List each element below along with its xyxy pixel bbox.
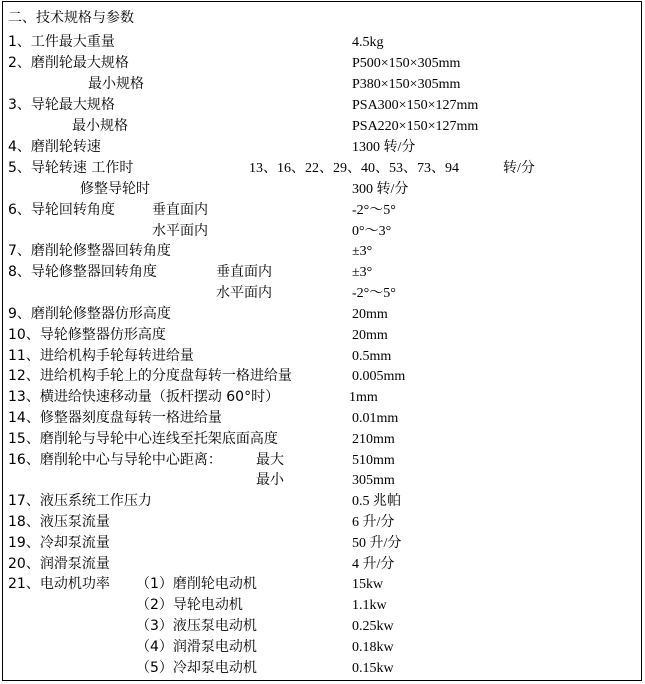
spec-row: 18、液压泵流量6 升/分 xyxy=(8,512,638,533)
spec-sublabel: 13、16、22、29、40、53、73、94 xyxy=(249,158,459,179)
spec-row: （5）冷却泵电动机0.15kw xyxy=(8,658,638,679)
spec-value: 510mm xyxy=(352,450,395,471)
spec-row: 4、磨削轮转速1300 转/分 xyxy=(8,137,638,158)
spec-value: PSA300×150×127mm xyxy=(352,95,478,116)
spec-row: 2、磨削轮最大规格P500×150×305mm xyxy=(8,53,638,74)
spec-row: 11、进给机构手轮每转进给量0.5mm xyxy=(8,346,638,367)
spec-value: 0.5 兆帕 xyxy=(352,491,401,512)
spec-value: 15kw xyxy=(352,574,383,595)
section-title-text: 二、技术规格与参数 xyxy=(8,8,134,29)
spec-value: P380×150×305mm xyxy=(352,74,460,95)
spec-sublabel: 水平面内 xyxy=(152,221,208,242)
spec-value: 300 转/分 xyxy=(352,179,408,200)
spec-sublabel: 最小规格 xyxy=(72,116,128,137)
spec-row: 3、导轮最大规格PSA300×150×127mm xyxy=(8,95,638,116)
spec-row: 7、磨削轮修整器回转角度±3° xyxy=(8,241,638,262)
spec-label: 8、导轮修整器回转角度 xyxy=(8,262,157,283)
spec-value: -2°～5° xyxy=(352,283,396,304)
spec-value: 4 升/分 xyxy=(352,554,394,575)
spec-value: 1mm xyxy=(349,387,378,408)
spec-row: 10、导轮修整器仿形高度20mm xyxy=(8,325,638,346)
spec-row: 9、磨削轮修整器仿形高度20mm xyxy=(8,304,638,325)
spec-row: 21、电动机功率（1）磨削轮电动机15kw xyxy=(8,574,638,595)
spec-row: （4）润滑泵电动机0.18kw xyxy=(8,637,638,658)
spec-row: 1、工件最大重量4.5kg xyxy=(8,32,638,53)
spec-row: 13、横进给快速移动量（扳杆摆动 60°时）1mm xyxy=(8,387,638,408)
spec-sublabel: 水平面内 xyxy=(216,283,272,304)
spec-label: 4、磨削轮转速 xyxy=(8,137,101,158)
spec-row: 6、导轮回转角度垂直面内-2°～5° xyxy=(8,200,638,221)
spec-sublabel: 最小 xyxy=(256,470,284,491)
spec-label: 14、修整器刻度盘每转一格进给量 xyxy=(8,408,222,429)
spec-row: 16、磨削轮中心与导轮中心距离：最大510mm xyxy=(8,450,638,471)
spec-row: 17、液压系统工作压力0.5 兆帕 xyxy=(8,491,638,512)
spec-sublabel: （3）液压泵电动机 xyxy=(136,616,257,637)
spec-value: 305mm xyxy=(352,470,395,491)
spec-label: 19、冷却泵流量 xyxy=(8,533,110,554)
spec-label: 21、电动机功率 xyxy=(8,574,110,595)
spec-label: 15、磨削轮与导轮中心连线至托架底面高度 xyxy=(8,429,278,450)
spec-value: 20mm xyxy=(352,325,388,346)
spec-value: -2°～5° xyxy=(352,200,396,221)
spec-label: 5、导轮转速 工作时 xyxy=(8,158,133,179)
spec-sublabel: （5）冷却泵电动机 xyxy=(136,658,257,679)
spec-value: 0.5mm xyxy=(352,346,391,367)
spec-row: 5、导轮转速 工作时13、16、22、29、40、53、73、94转/分 xyxy=(8,158,638,179)
spec-value: 0.01mm xyxy=(352,408,398,429)
spec-sublabel: 垂直面内 xyxy=(152,200,208,221)
spec-value: 0.005mm xyxy=(352,366,405,387)
spec-value: 0°～3° xyxy=(352,221,391,242)
spec-sublabel: 最小规格 xyxy=(88,74,144,95)
spec-value: PSA220×150×127mm xyxy=(352,116,478,137)
spec-value: 转/分 xyxy=(503,158,535,179)
spec-label: 10、导轮修整器仿形高度 xyxy=(8,325,166,346)
spec-sublabel: 修整导轮时 xyxy=(80,179,150,200)
spec-sublabel: （1）磨削轮电动机 xyxy=(136,574,257,595)
spec-row: 最小规格P380×150×305mm xyxy=(8,74,638,95)
spec-row: 修整导轮时300 转/分 xyxy=(8,179,638,200)
spec-row: 最小305mm xyxy=(8,470,638,491)
spec-sublabel: 最大 xyxy=(256,450,284,471)
spec-value: 50 升/分 xyxy=(352,533,401,554)
spec-label: 12、进给机构手轮上的分度盘每转一格进给量 xyxy=(8,366,292,387)
spec-label: 3、导轮最大规格 xyxy=(8,95,115,116)
spec-label: 1、工件最大重量 xyxy=(8,32,115,53)
spec-label: 17、液压系统工作压力 xyxy=(8,491,152,512)
spec-sublabel: （4）润滑泵电动机 xyxy=(136,637,257,658)
spec-label: 6、导轮回转角度 xyxy=(8,200,115,221)
spec-row: 20、润滑泵流量4 升/分 xyxy=(8,554,638,575)
spec-label: 7、磨削轮修整器回转角度 xyxy=(8,241,171,262)
spec-value: P500×150×305mm xyxy=(352,53,460,74)
spec-value: 20mm xyxy=(352,304,388,325)
spec-row: 14、修整器刻度盘每转一格进给量0.01mm xyxy=(8,408,638,429)
spec-value: 1.1kw xyxy=(352,595,387,616)
spec-value: ±3° xyxy=(352,241,372,262)
spec-label: 20、润滑泵流量 xyxy=(8,554,110,575)
spec-sublabel: 垂直面内 xyxy=(216,262,272,283)
spec-label: 18、液压泵流量 xyxy=(8,512,110,533)
spec-row: 最小规格PSA220×150×127mm xyxy=(8,116,638,137)
spec-value: 210mm xyxy=(352,429,395,450)
spec-label: 11、进给机构手轮每转进给量 xyxy=(8,346,194,367)
spec-value: 0.18kw xyxy=(352,637,394,658)
spec-value: ±3° xyxy=(352,262,372,283)
spec-label: 13、横进给快速移动量（扳杆摆动 60°时） xyxy=(8,387,279,408)
spec-label: 16、磨削轮中心与导轮中心距离： xyxy=(8,450,222,471)
spec-value: 6 升/分 xyxy=(352,512,394,533)
spec-row: 12、进给机构手轮上的分度盘每转一格进给量0.005mm xyxy=(8,366,638,387)
spec-row: 水平面内-2°～5° xyxy=(8,283,638,304)
spec-value: 1300 转/分 xyxy=(352,137,415,158)
spec-row: 8、导轮修整器回转角度垂直面内±3° xyxy=(8,262,638,283)
spec-row: （3）液压泵电动机0.25kw xyxy=(8,616,638,637)
spec-value: 0.15kw xyxy=(352,658,394,679)
spec-row: （2）导轮电动机1.1kw xyxy=(8,595,638,616)
spec-label: 2、磨削轮最大规格 xyxy=(8,53,129,74)
spec-sublabel: （2）导轮电动机 xyxy=(136,595,243,616)
spec-row: 15、磨削轮与导轮中心连线至托架底面高度210mm xyxy=(8,429,638,450)
spec-value: 4.5kg xyxy=(352,32,384,53)
spec-row: 19、冷却泵流量50 升/分 xyxy=(8,533,638,554)
spec-label: 9、磨削轮修整器仿形高度 xyxy=(8,304,171,325)
spec-row: 水平面内0°～3° xyxy=(8,221,638,242)
spec-value: 0.25kw xyxy=(352,616,394,637)
